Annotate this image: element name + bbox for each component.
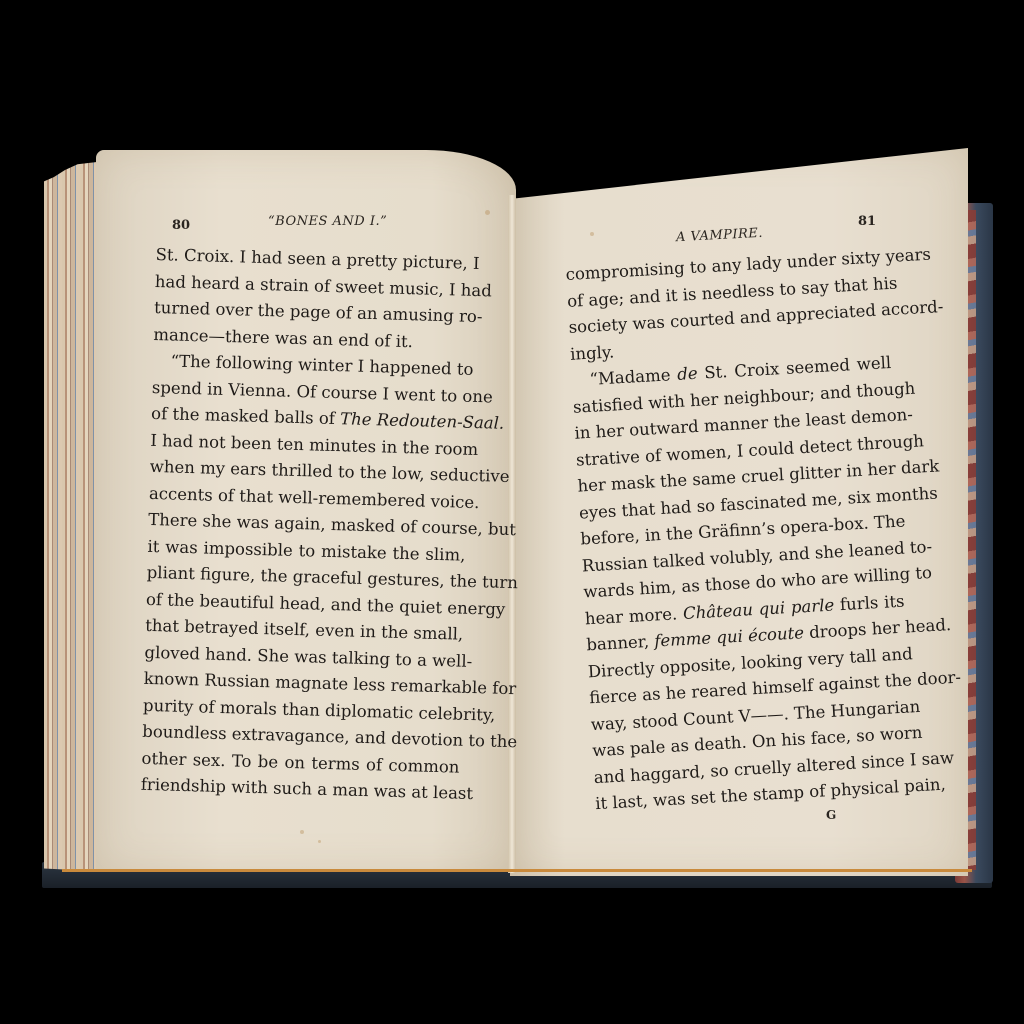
- foxing-stain: [300, 830, 304, 834]
- foxing-stain: [590, 232, 594, 236]
- page-number-left: 80: [172, 218, 190, 233]
- running-head-left: “BONES AND I.”: [268, 214, 387, 229]
- foxing-stain: [318, 840, 321, 843]
- page-edge-bottom: [62, 869, 972, 872]
- page-number-right: 81: [858, 214, 876, 229]
- right-page-text: compromising to any lady under sixty yea…: [565, 244, 916, 817]
- open-book-photo: 80 “BONES AND I.” A VAMPIRE. 81 St. Croi…: [0, 0, 1024, 1024]
- foxing-stain: [485, 210, 490, 215]
- signature-mark: G: [826, 808, 836, 822]
- left-page-text: St. Croix. I had seen a pretty picture, …: [140, 242, 473, 807]
